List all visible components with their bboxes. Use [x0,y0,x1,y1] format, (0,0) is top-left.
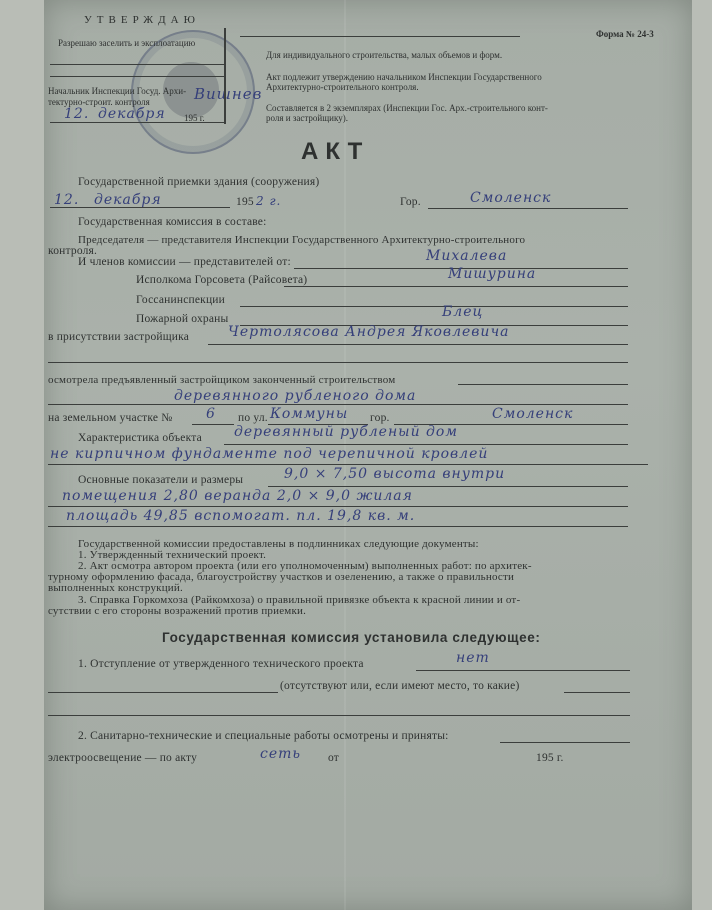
form-note-2-line2: Архитектурно-строительного контроля. [266,82,419,92]
chairman-line1: Председателя — представителя Инспекции Г… [78,234,525,246]
street-label: по ул. [238,412,268,424]
document-title: АКТ [301,138,369,166]
approval-signature: Вишнев [194,85,262,103]
form-number: Форма № 24-3 [596,29,654,39]
act-date-day: 12. [54,192,79,208]
act-date-month: декабря [94,192,162,208]
city-label: Гор. [400,196,421,208]
plot-label: на земельном участке № [48,412,172,424]
plot-value: 6 [206,406,216,422]
dimensions-value-1: 9,0 × 7,50 высота внутри [284,466,505,482]
city-value: Смоленск [470,190,551,206]
characteristic-value-2: не кирпичном фундаменте под черепичной к… [50,446,488,462]
developer-label: в присутствии застройщика [48,331,189,343]
dimensions-value-2: помещения 2,80 веранда 2,0 × 9,0 жилая [62,488,413,504]
approval-permit-line: Разрешаю заселить и эксплоатацию [58,38,195,48]
approval-position-line1: Начальник Инспекции Госуд. Архи- [48,86,186,96]
ispolkom-value: Мишурина [448,266,536,282]
electric-label: электроосвещение — по акту [48,752,197,764]
dimensions-value-3: площадь 49,85 вспомогат. пл. 19,8 кв. м. [66,508,415,524]
characteristic-value-1: деревянный рубленый дом [234,424,458,440]
plot-city-value: Смоленск [492,406,573,422]
gossan-label: Госсанинспекции [136,294,225,306]
form-note-2-line1: Акт подлежит утверждению начальником Инс… [266,72,542,82]
finding-1-value: нет [456,650,490,666]
electric-year: 195 г. [536,752,564,764]
street-value: Коммуны [270,406,348,422]
findings-heading: Государственная комиссия установила след… [162,630,540,645]
act-date-year-suffix: 2 г. [256,194,281,208]
developer-value: Чертолясова Андрея Яковлевича [228,324,510,340]
fire-value: Блец [442,304,483,320]
plot-city-label: гор. [370,412,390,424]
fire-label: Пожарной охраны [136,313,228,325]
electric-from: от [328,752,339,764]
finding-1-label: 1. Отступление от утвержденного техничес… [78,658,364,670]
finding-1-note: (отсутствуют или, если имеют место, то к… [280,680,520,692]
ispolkom-label: Исполкома Горсовета (Райсовета) [136,274,307,286]
form-note-1: Для индивидуального строительства, малых… [266,50,502,60]
characteristic-label: Характеристика объекта [78,432,202,444]
inspected-value: деревянного рубленого дома [174,388,416,404]
dimensions-label: Основные показатели и размеры [78,474,243,486]
doc-item-2-end: выполненных конструкций. [48,582,183,594]
members-value: Михалева [426,248,507,264]
approval-header: УТВЕРЖДАЮ [84,14,200,26]
inspected-label: осмотрела предъявленный застройщиком зак… [48,374,395,386]
finding-2-label: 2. Санитарно-технические и специальные р… [78,730,449,742]
approval-date-day: 12. [64,106,89,122]
electric-value: сеть [260,746,301,762]
form-note-3-line2: роля и застройщику). [266,113,348,123]
commission-label: Государственная комиссия в составе: [78,216,267,228]
doc-item-3-cont: сутствии с его стороны возражений против… [48,605,306,617]
document-subtitle: Государственной приемки здания (сооружен… [78,176,319,188]
document-sheet: УТВЕРЖДАЮ Разрешаю заселить и эксплоатац… [44,0,692,910]
members-label: И членов комиссии — представителей от: [78,256,291,268]
form-note-3-line1: Составляется в 2 экземплярах (Инспекции … [266,103,548,113]
approval-date-month: декабря [98,106,166,122]
act-date-year-prefix: 195 [236,196,254,208]
